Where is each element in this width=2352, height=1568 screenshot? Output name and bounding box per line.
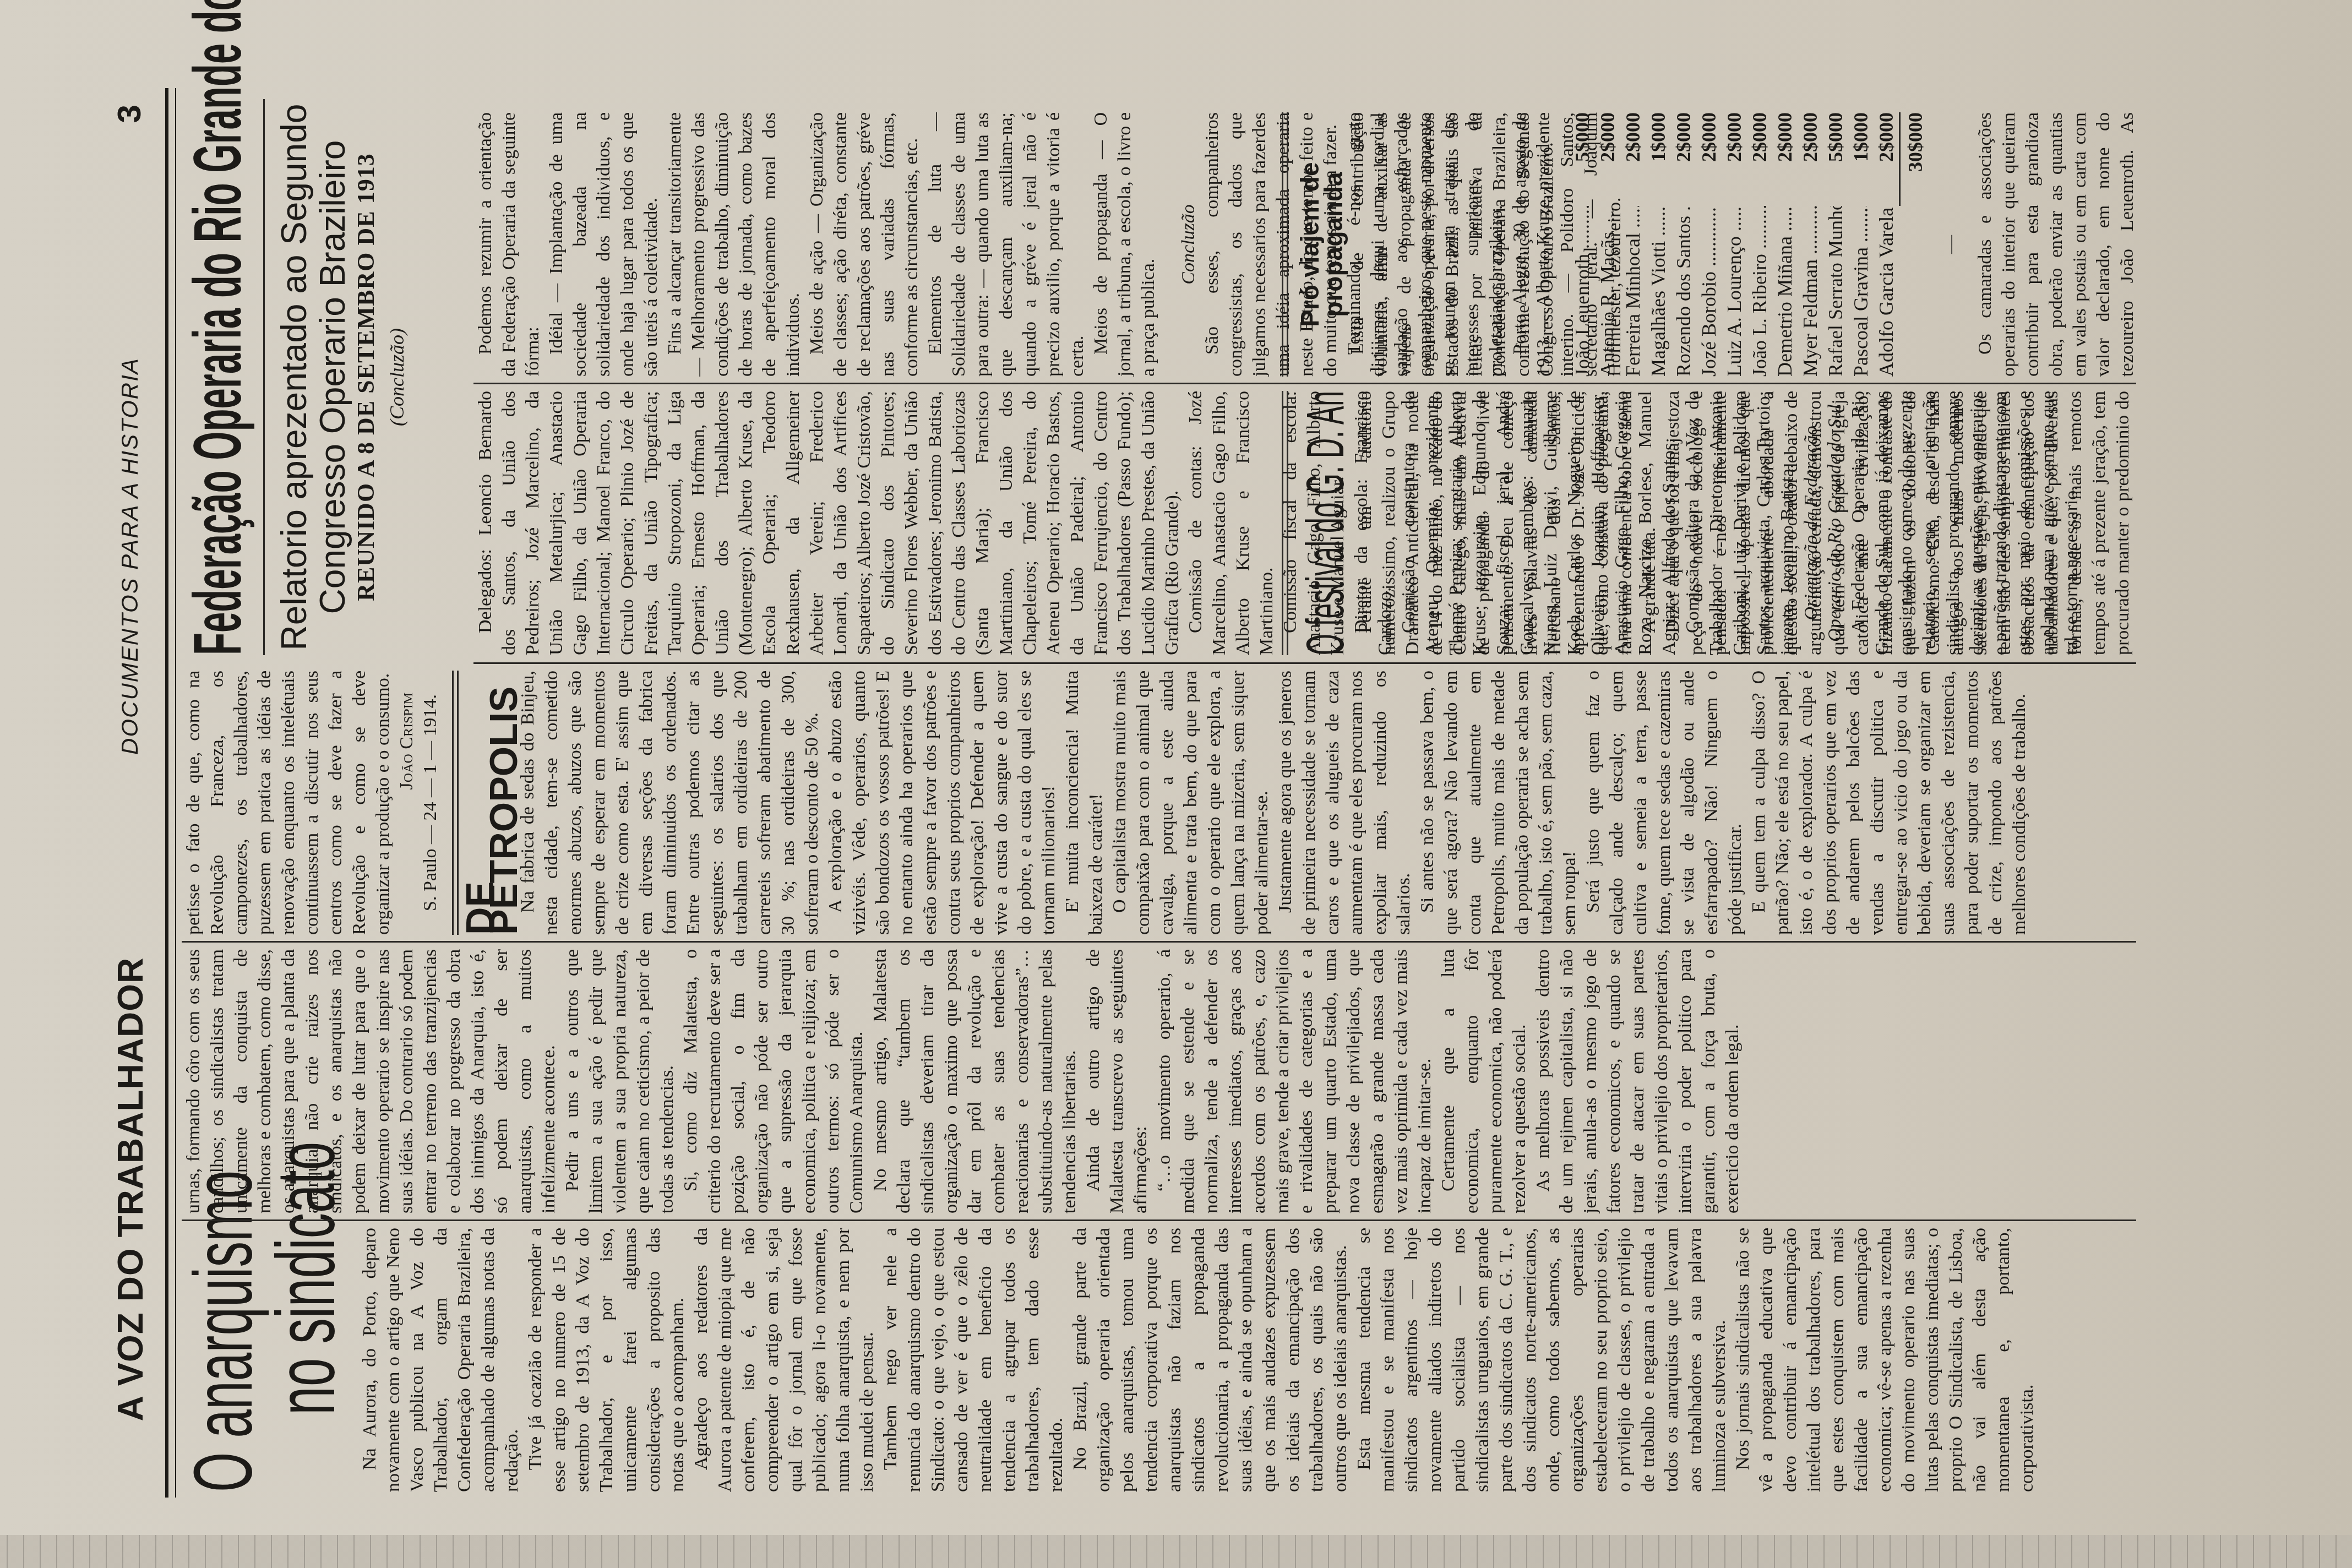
donor-name: João L. Ribeiro [1747, 206, 1772, 377]
column-rule [1272, 662, 2136, 664]
paragraph: Si, como diz Malatesta, o criterio do re… [679, 949, 868, 1213]
paragraph: Na Aurora, do Porto, deparo novamente co… [358, 1228, 524, 1492]
signature: João Crispim [395, 671, 418, 935]
donation-amount: 2$000 [1620, 112, 1646, 206]
paragraph: Será justo que quem faz o calçado ande d… [1581, 671, 1747, 935]
section-divider [1282, 112, 1288, 377]
donation-row: Myer Feldman2$000 [1798, 112, 1823, 377]
paragraph: Elementos de luta — Solidariedade de cla… [923, 112, 1089, 377]
paragraph: Fins a alcançar transitoriamente — Melho… [663, 112, 805, 377]
donation-amount: 2$000 [1671, 112, 1696, 206]
donor-name: Pascoal Gravina [1848, 206, 1874, 377]
short-rule: — [1939, 112, 1962, 377]
paragraph: No mesmo artigo, Malatesta declara que “… [868, 949, 1081, 1213]
continued-label: (Concluzão) [385, 99, 409, 655]
column-rule [182, 941, 2136, 943]
quote-paragraph: “…o movimento operario, á medida que se … [1152, 949, 1436, 1213]
paragraph: Esta mesma tendencia se manifestou e se … [1352, 1228, 1731, 1492]
headline-anarquismo-line2: no sindicato [264, 1299, 347, 1415]
column-pro-viajem: Pró viajem de propaganda Lista de contri… [1272, 112, 2136, 377]
section-title: DOCUMENTOS PARA A HISTORIA [117, 253, 143, 859]
paragraph: Delegados: Leoncio Bernardo dos Santos, … [473, 391, 1184, 655]
headline-federacao: Federação Operaria do Rio Grande do Sul [182, 350, 253, 656]
section-divider [452, 671, 459, 935]
donation-row: Adolfo Garcia Varela2$000 [1874, 112, 1899, 377]
donation-amount: 2$000 [1747, 112, 1772, 206]
donation-row: Pascoal Gravina1$000 [1848, 112, 1874, 377]
column-rule [182, 1219, 2136, 1221]
paragraph: O capitalista mostra muito mais compaixã… [1108, 671, 1273, 935]
donor-name: Demetrio Miñana [1772, 206, 1798, 377]
donation-amount: 2$000 [1696, 112, 1722, 206]
paragraph: Pedir a uns e a outros que limitem a sua… [560, 949, 679, 1213]
donation-amount: 1$000 [1848, 112, 1874, 206]
donor-name: Magalhães Viotti [1646, 206, 1671, 377]
paragraph: As melhoras possiveis dentro de um rejim… [1531, 949, 1744, 1213]
paragraph: A exploração e o abuzo estão vizivéis. V… [824, 671, 1060, 935]
paragraph: urnas, formando côro com os seus caudilh… [182, 949, 560, 1213]
paragraph: Lista de contribuição voluntaria, afim d… [1346, 112, 1559, 377]
paragraph: Ainda de outro artigo de Malatesta trans… [1081, 949, 1152, 1213]
paragraph: Agradeço aos redatores da Aurora a paten… [689, 1228, 879, 1492]
donation-amount: 2$000 [1722, 112, 1747, 206]
federacao-subtitle: Relatorio aprezentado ao Segundo Congres… [275, 99, 352, 655]
donation-total: 30$000 [1899, 112, 1928, 206]
donation-amount: 2$000 [1595, 112, 1620, 206]
donor-name: Adolfo Garcia Varela [1874, 206, 1899, 377]
paragraph: No Brazil, grande parte da organização o… [1068, 1228, 1352, 1492]
donation-row: João L. Ribeiro2$000 [1747, 112, 1772, 377]
headline-pro-viajem: Pró viajem de propaganda [1298, 112, 1346, 377]
paragraph: Os camaradas e associações operarias do … [1973, 112, 2136, 377]
donation-row: Jozé Borobio2$000 [1696, 112, 1722, 377]
column-2: urnas, formando côro com os seus caudilh… [182, 949, 2136, 1213]
paragraph: E quem tem a culpa disso? O patrão? Não;… [1747, 671, 2031, 935]
paragraph: Meios de propaganda — O jornal, a tribun… [1089, 112, 1160, 377]
donation-row: João Leuenroth5$000 [1570, 112, 1595, 377]
donation-row: Rafael Serrato Munhóz5$000 [1823, 112, 1848, 377]
newspaper-title: A VOZ DO TRABALHADOR [110, 881, 151, 1498]
column-3: petisse o fato de que, como na Revolução… [182, 671, 2136, 935]
book-page-edges [0, 1535, 2352, 1568]
paragraph: petisse o fato de que, como na Revolução… [182, 671, 395, 935]
paragraph: E' muita inconciencia! Muita baixeza de … [1060, 671, 1108, 935]
donation-row: Rozendo dos Santos2$000 [1671, 112, 1696, 377]
donor-name: Jozé Borobio [1696, 206, 1722, 377]
paragraph: Dizer aqui o que foi a majestoza peça do… [1661, 391, 2136, 655]
donation-amount: 2$000 [1874, 112, 1899, 206]
donor-name: Antonio R. Maçãs [1595, 206, 1620, 377]
paragraph: Nos jornais sindicalistas não se vê a pr… [1731, 1228, 2039, 1492]
donor-name: João Leuenroth [1570, 206, 1595, 377]
donation-row: Magalhães Viotti1$000 [1646, 112, 1671, 377]
donation-amount: 1$000 [1646, 112, 1671, 206]
headline-petropolis: DE PETROPOLIS [469, 671, 516, 935]
donation-row: Luiz A. Lourenço2$000 [1722, 112, 1747, 377]
headline-anarquismo-line1: O anarquismo [182, 1328, 264, 1492]
donor-name: Myer Feldman [1798, 206, 1823, 377]
masthead: A VOZ DO TRABALHADOR DOCUMENTOS PARA A H… [88, 88, 171, 1498]
donor-name: Luiz A. Lourenço [1722, 206, 1747, 377]
paragraph: Tambem nego ver nele a renuncia do anarq… [879, 1228, 1068, 1492]
donation-amount: 5$000 [1823, 112, 1848, 206]
paragraph: Perante um auditorio numerozissimo, real… [1353, 391, 1661, 655]
column-rule [1272, 383, 2136, 384]
donation-row: Antonio R. Maçãs2$000 [1595, 112, 1620, 377]
section-divider [1282, 391, 1288, 655]
paragraph: Comissão de contas: Jozé Marcelino, Anas… [1184, 391, 1278, 655]
donation-list: João Leuenroth5$000Antonio R. Maçãs2$000… [1570, 112, 1899, 377]
paragraph: Justamente agora que os jeneros de prime… [1273, 671, 1415, 935]
donation-amount: 2$000 [1772, 112, 1798, 206]
donation-row: Ferreira Minhocal2$000 [1620, 112, 1646, 377]
paragraph: Idéial — Implantação de uma sociedade ba… [545, 112, 663, 377]
donation-row: Demetrio Miñana2$000 [1772, 112, 1798, 377]
paragraph: Certamente que a luta economica, enquant… [1436, 949, 1531, 1213]
donor-name: Rozendo dos Santos [1671, 206, 1696, 377]
paragraph: Na fabrica de sedas do Binjeu, nesta cid… [516, 671, 824, 935]
donor-name: Ferreira Minhocal [1620, 206, 1646, 377]
newspaper-page: A VOZ DO TRABALHADOR DOCUMENTOS PARA A H… [88, 88, 2136, 1498]
paragraph: Si antes não se passava bem, o que será … [1415, 671, 1581, 935]
dateline: S. Paulo — 24 — 1 — 1914. [418, 671, 442, 935]
donation-amount: 2$000 [1798, 112, 1823, 206]
paragraph: Podemos rezumir a orientação da Federaçã… [473, 112, 545, 377]
column-1: O anarquismo no sindicato Na Aurora, do … [182, 1228, 2136, 1492]
conclusion-heading: Concluzão [1177, 112, 1200, 377]
page-number: 3 [110, 105, 148, 123]
federacao-header: Federação Operaria do Rio Grande do Sul … [182, 99, 468, 655]
donor-name: Rafael Serrato Munhóz [1823, 206, 1848, 377]
masthead-rule [165, 88, 176, 1498]
headline-festival: O festival do G. D. Anticlerical [1298, 518, 1353, 655]
paragraph: Tive já ocazião de responder a esse arti… [524, 1228, 689, 1492]
column-festival: O festival do G. D. Anticlerical Perante… [1272, 391, 2136, 655]
divider [263, 99, 265, 655]
donation-amount: 5$000 [1570, 112, 1595, 206]
paragraph: Meios de ação — Organização de classes; … [805, 112, 923, 377]
federacao-dateline: REUNIDO A 8 DE SETEMBRO DE 1913 [352, 99, 380, 655]
